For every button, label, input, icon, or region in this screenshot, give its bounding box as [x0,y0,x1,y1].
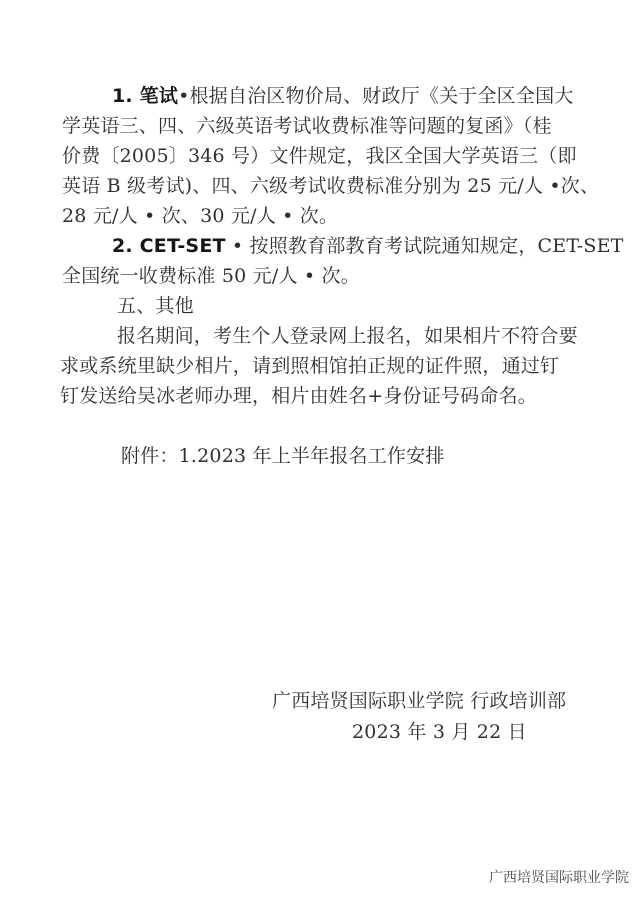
other-paragraph-line-3: 钉发送给吴冰老师办理，相片由姓名+身份证号码命名。 [60,381,537,411]
item-2-line-1-text: • 按照教育部教育考试院通知规定，CET-SET [226,235,624,257]
item-1-line-1-text: •根据自治区物价局、财政厅《关于全区全国大 [178,85,573,107]
item-1-line-3: 价费〔2005〕346 号）文件规定，我区全国大学英语三（即 [62,141,577,171]
item-2-line-2: 全国统一收费标准 50 元/人 • 次。 [62,261,360,291]
document-page: 1. 笔试•根据自治区物价局、财政厅《关于全区全国大 学英语三、四、六级英语考试… [0,0,633,898]
other-paragraph-line-1: 报名期间，考生个人登录网上报名，如果相片不符合要 [117,321,578,351]
item-1-line-4: 英语 B 级考试)、四、六级考试收费标准分别为 25 元/人 •次、 [62,171,599,201]
attachment-line: 附件：1.2023 年上半年报名工作安排 [121,441,445,471]
signature-date: 2023 年 3 月 22 日 [352,717,527,747]
item-1-line-1: 1. 笔试•根据自治区物价局、财政厅《关于全区全国大 [112,81,573,111]
item-1-line-2: 学英语三、四、六级英语考试收费标准等问题的复函》（桂 [62,111,552,141]
section-5-heading: 五、其他 [117,291,194,321]
other-paragraph-line-2: 求或系统里缺少相片，请到照相馆拍正规的证件照，通过钉 [60,351,559,381]
watermark-text: 广西培贤国际职业学院 [489,866,629,890]
item-2-line-1: 2. CET-SET • 按照教育部教育考试院通知规定，CET-SET [112,231,624,261]
item-1-line-5: 28 元/人 • 次、30 元/人 • 次。 [62,201,338,231]
item-2-lead-bold: 2. CET-SET [112,235,226,257]
item-1-lead-bold: 1. 笔试 [112,85,178,107]
signature-organization: 广西培贤国际职业学院 行政培训部 [272,686,566,716]
